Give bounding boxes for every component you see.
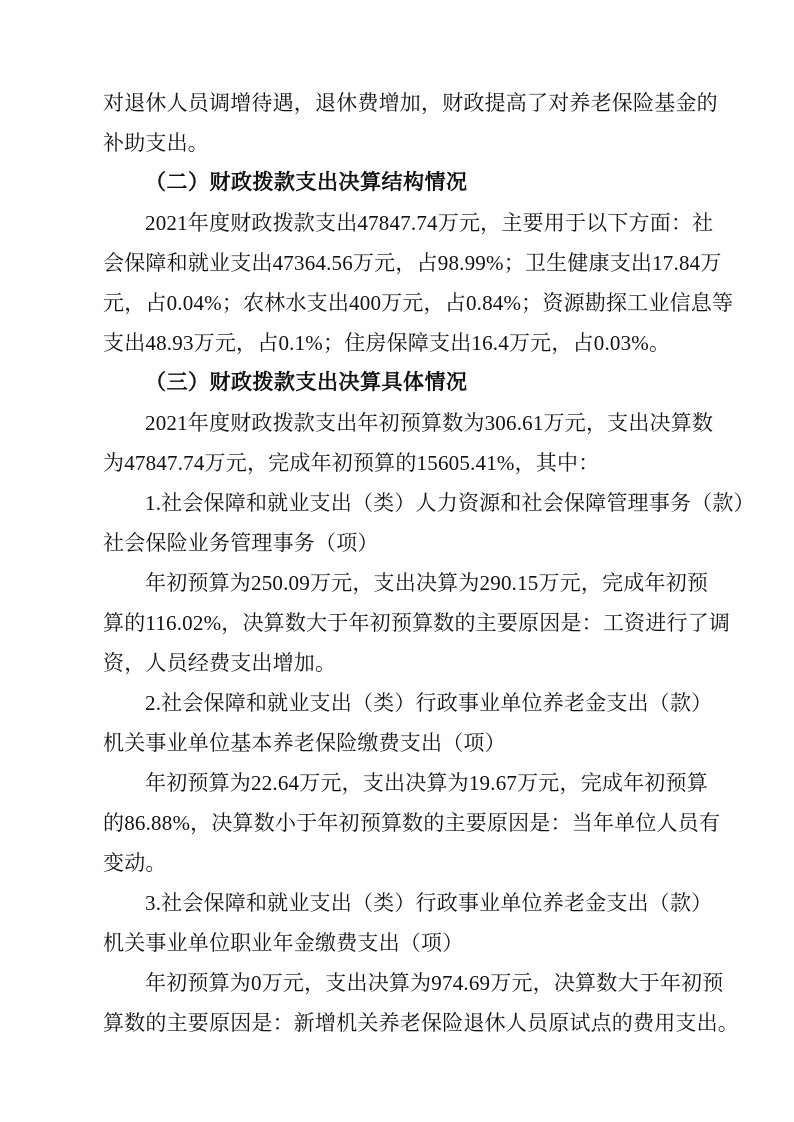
- text-line: 算的116.02%，决算数大于年初预算数的主要原因是：工资进行了调: [103, 603, 735, 643]
- item-3-title: 3.社会保障和就业支出（类）行政事业单位养老金支出（款）机关事业单位职业年金缴费…: [103, 883, 735, 963]
- paragraph-continuation: 对退休人员调增待遇，退休费增加，财政提高了对养老保险基金的补助支出。: [103, 83, 735, 163]
- item-1-title: 1.社会保障和就业支出（类）人力资源和社会保障管理事务（款）社会保险业务管理事务…: [103, 483, 735, 563]
- heading-line: （三）财政拨款支出决算具体情况: [103, 363, 735, 403]
- text-line: 为47847.74万元，完成年初预算的15605.41%，其中：: [103, 443, 735, 483]
- text-line: 社会保险业务管理事务（项）: [103, 523, 735, 563]
- document-page: 对退休人员调增待遇，退休费增加，财政提高了对养老保险基金的补助支出。（二）财政拨…: [0, 0, 794, 1122]
- text-line: 机关事业单位基本养老保险缴费支出（项）: [103, 723, 735, 763]
- item-2-detail: 年初预算为22.64万元，支出决算为19.67万元，完成年初预算的86.88%，…: [103, 763, 735, 883]
- text-line: 年初预算为22.64万元，支出决算为19.67万元，完成年初预算: [103, 763, 735, 803]
- paragraph-specific-overview: 2021年度财政拨款支出年初预算数为306.61万元，支出决算数为47847.7…: [103, 403, 735, 483]
- paragraph-structure-overview: 2021年度财政拨款支出47847.74万元，主要用于以下方面：社会保障和就业支…: [103, 203, 735, 363]
- text-line: 资，人员经费支出增加。: [103, 643, 735, 683]
- document-body: 对退休人员调增待遇，退休费增加，财政提高了对养老保险基金的补助支出。（二）财政拨…: [103, 83, 735, 1043]
- text-line: 对退休人员调增待遇，退休费增加，财政提高了对养老保险基金的: [103, 83, 735, 123]
- text-line: 年初预算为250.09万元，支出决算为290.15万元，完成年初预: [103, 563, 735, 603]
- text-line: 2021年度财政拨款支出47847.74万元，主要用于以下方面：社: [103, 203, 735, 243]
- text-line: 2.社会保障和就业支出（类）行政事业单位养老金支出（款）: [103, 683, 735, 723]
- text-line: 1.社会保障和就业支出（类）人力资源和社会保障管理事务（款）: [103, 483, 735, 523]
- item-2-title: 2.社会保障和就业支出（类）行政事业单位养老金支出（款）机关事业单位基本养老保险…: [103, 683, 735, 763]
- heading-line: （二）财政拨款支出决算结构情况: [103, 163, 735, 203]
- text-line: 机关事业单位职业年金缴费支出（项）: [103, 923, 735, 963]
- text-line: 变动。: [103, 843, 735, 883]
- item-1-detail: 年初预算为250.09万元，支出决算为290.15万元，完成年初预算的116.0…: [103, 563, 735, 683]
- text-line: 支出48.93万元，占0.1%；住房保障支出16.4万元，占0.03%。: [103, 323, 735, 363]
- text-line: 2021年度财政拨款支出年初预算数为306.61万元，支出决算数: [103, 403, 735, 443]
- item-3-detail: 年初预算为0万元，支出决算为974.69万元，决算数大于年初预算数的主要原因是：…: [103, 963, 735, 1043]
- text-line: 年初预算为0万元，支出决算为974.69万元，决算数大于年初预: [103, 963, 735, 1003]
- text-line: 补助支出。: [103, 123, 735, 163]
- text-line: 的86.88%，决算数小于年初预算数的主要原因是：当年单位人员有: [103, 803, 735, 843]
- text-line: 3.社会保障和就业支出（类）行政事业单位养老金支出（款）: [103, 883, 735, 923]
- text-line: 元，占0.04%；农林水支出400万元，占0.84%；资源勘探工业信息等: [103, 283, 735, 323]
- text-line: 算数的主要原因是：新增机关养老保险退休人员原试点的费用支出。: [103, 1003, 735, 1043]
- text-line: 会保障和就业支出47364.56万元，占98.99%；卫生健康支出17.84万: [103, 243, 735, 283]
- heading-section-2: （二）财政拨款支出决算结构情况: [103, 163, 735, 203]
- heading-section-3: （三）财政拨款支出决算具体情况: [103, 363, 735, 403]
